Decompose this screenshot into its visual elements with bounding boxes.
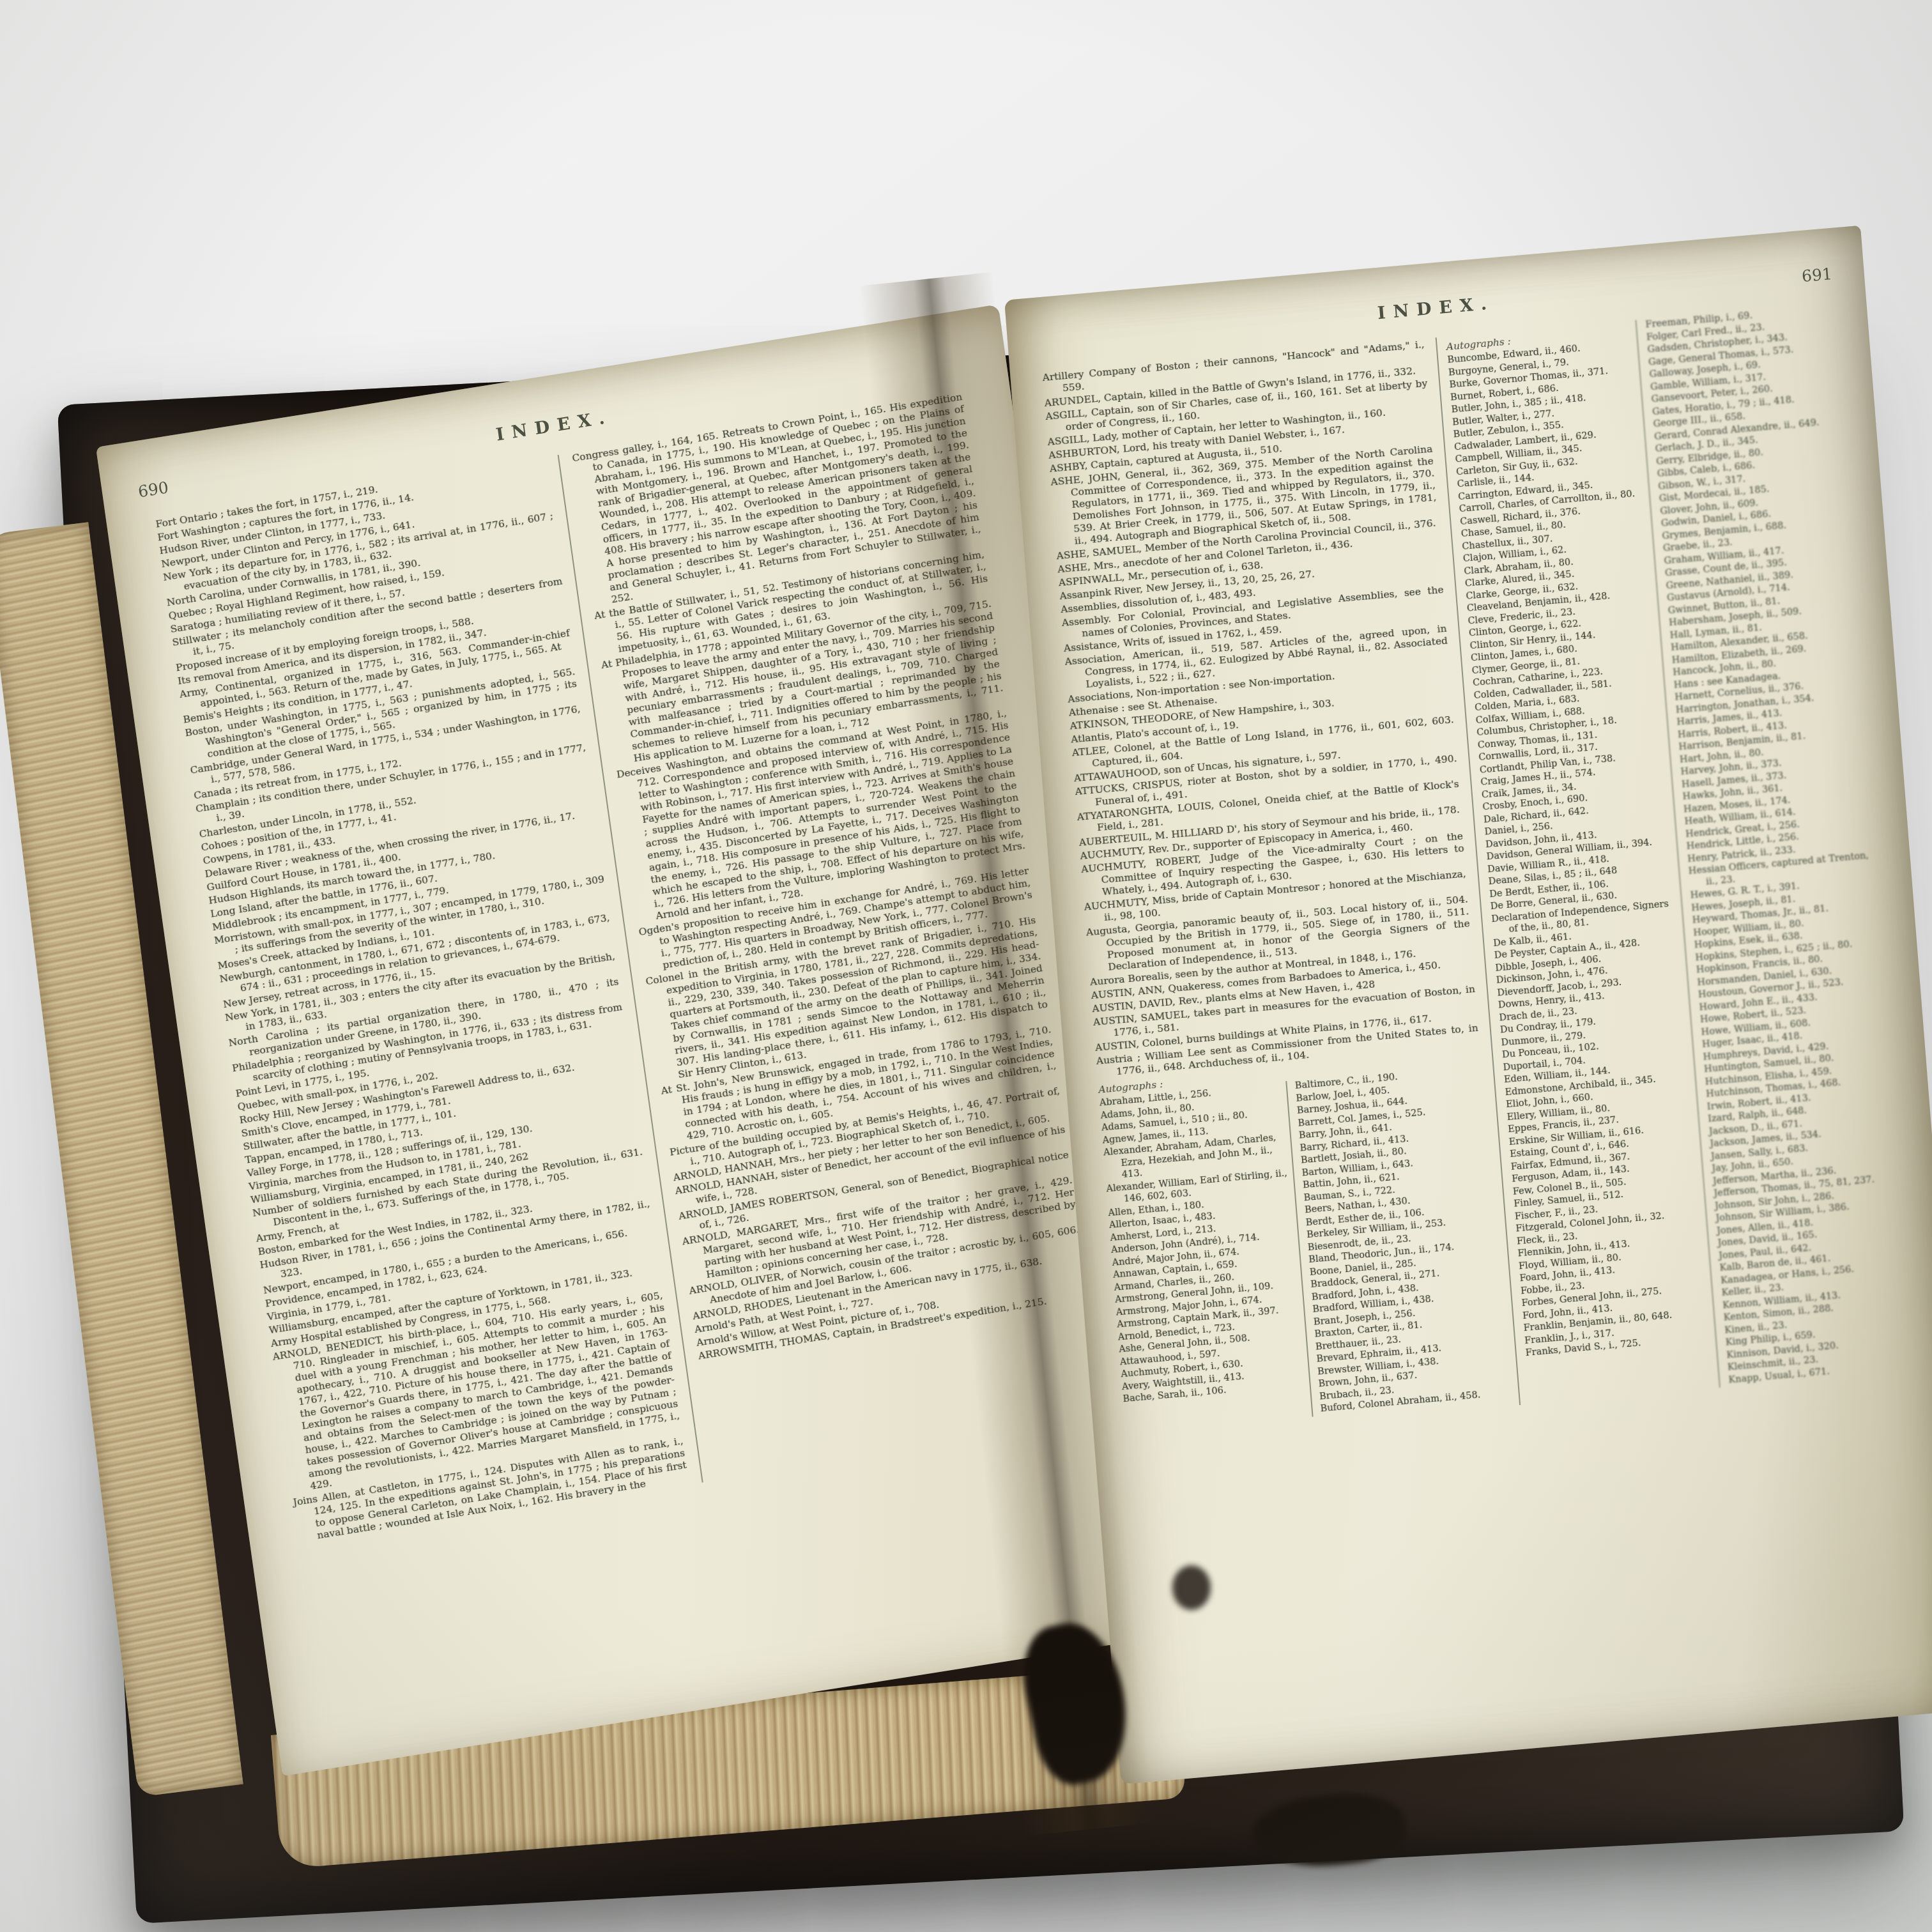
autographs-subcolumn-right: Baltimore, C., ii., 190.Barlow, Joel, i.… (1285, 1064, 1507, 1417)
ink-damage-spot (1172, 1565, 1211, 1610)
left-page-columns: Fort Ontario ; takes the fort, in 1757, … (142, 389, 1119, 1549)
left-page-title: INDEX. (494, 407, 613, 445)
right-page-number: 691 (1774, 264, 1833, 288)
right-page-title: INDEX. (1377, 293, 1495, 323)
right-page: INDEX. 691 Artillery Company of Boston ;… (1004, 226, 1932, 1784)
right-page-column-1-entries: Artillery Company of Boston ; their cann… (1042, 339, 1480, 1080)
book-photo: 690 INDEX. Fort Ontario ; takes the fort… (0, 0, 1932, 1932)
autographs-subcolumn-left: Abraham, Little, i., 256.Adams, John, ii… (1099, 1081, 1312, 1432)
autographs-subcolumns: Abraham, Little, i., 256.Adams, John, ii… (1099, 1064, 1507, 1433)
left-page-header-spacer (914, 365, 970, 374)
right-page-columns: Artillery Company of Boston ; their cann… (1042, 303, 1919, 1439)
right-page-header-spacer (1040, 344, 1098, 349)
left-page-number: 690 (137, 474, 196, 502)
